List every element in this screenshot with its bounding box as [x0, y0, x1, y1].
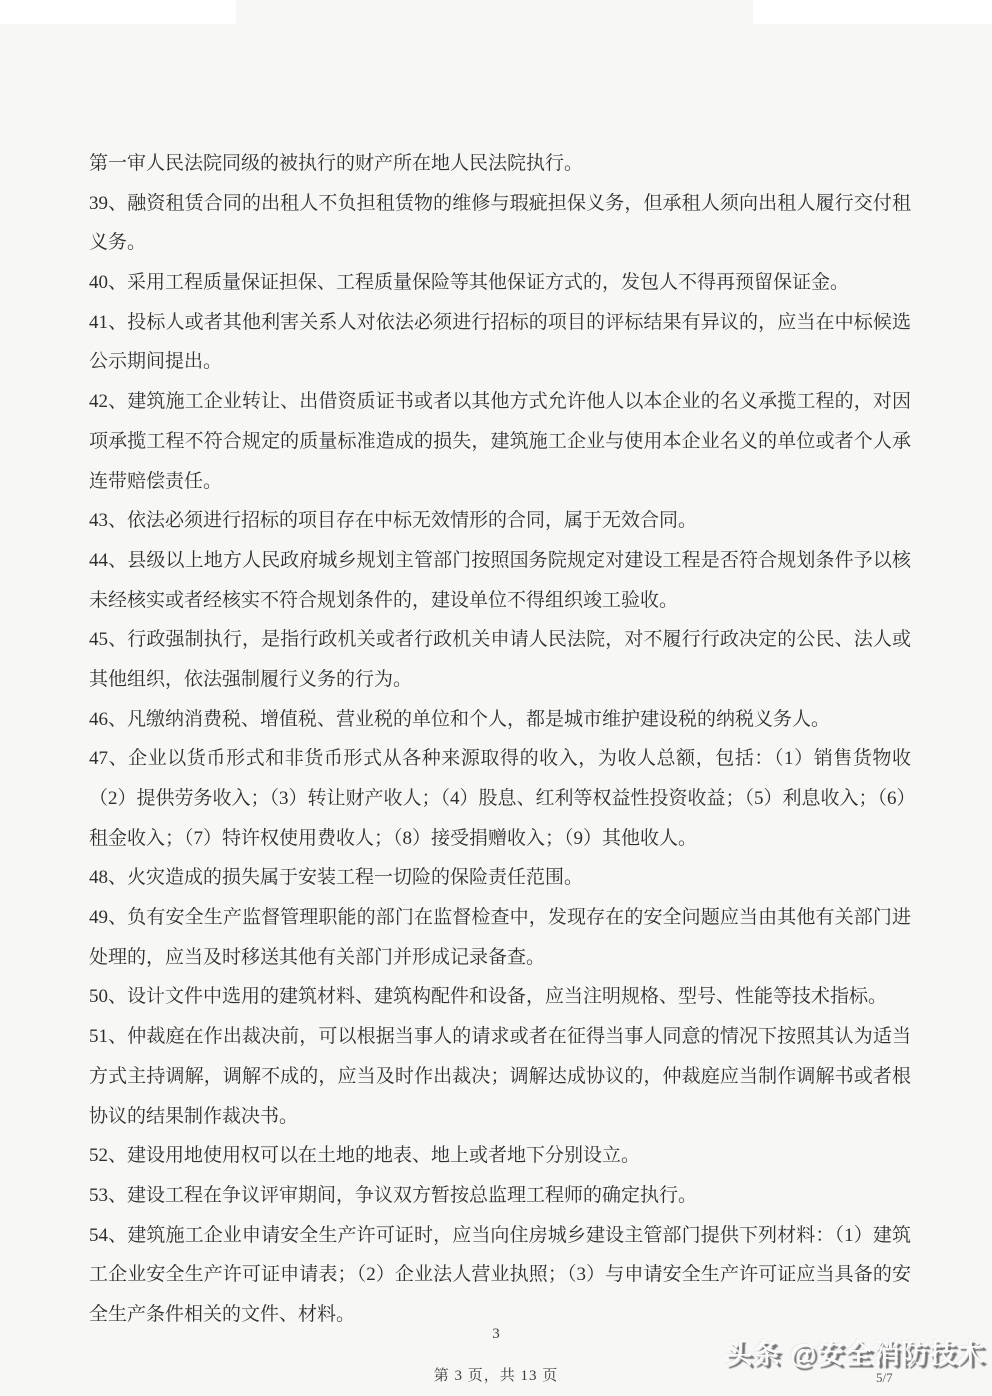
text-line: 项承揽工程不符合规定的质量标准造成的损失，建筑施工企业与使用本企业名义的单位或者… [89, 422, 911, 462]
text-line: 协议的结果制作裁决书。 [89, 1097, 911, 1137]
text-line: 42、建筑施工企业转让、出借资质证书或者以其他方式允许他人以本企业的名义承揽工程… [89, 382, 911, 422]
previous-page-edge-left [0, 0, 236, 24]
text-line: 义务。 [89, 223, 911, 263]
text-line: 租金收入；（7）特许权使用费收人；（8）接受捐赠收入；（9）其他收人。 [89, 819, 911, 859]
text-line: 53、建设工程在争议评审期间，争议双方暂按总监理工程师的确定执行。 [89, 1176, 911, 1216]
document-text: 第一审人民法院同级的被执行的财产所在地人民法院执行。39、融资租赁合同的出租人不… [89, 144, 911, 1335]
text-line: 47、企业以货币形式和非货币形式从各种来源取得的收入，为收人总额，包括：（1）销… [89, 739, 911, 779]
text-line: 处理的，应当及时移送其他有关部门并形成记录备查。 [89, 938, 911, 978]
text-line: 40、采用工程质量保证担保、工程质量保险等其他保证方式的，发包人不得再预留保证金… [89, 263, 911, 303]
text-line: 连带赔偿责任。 [89, 462, 911, 502]
text-line: 46、凡缴纳消费税、增值税、营业税的单位和个人，都是城市维护建设税的纳税义务人。 [89, 700, 911, 740]
previous-page-edge-right [753, 0, 992, 24]
text-line: 49、负有安全生产监督管理职能的部门在监督检查中，发现存在的安全问题应当由其他有… [89, 898, 911, 938]
text-line: 公示期间提出。 [89, 342, 911, 382]
text-line: 44、县级以上地方人民政府城乡规划主管部门按照国务院规定对建设工程是否符合规划条… [89, 541, 911, 581]
text-line: 39、融资租赁合同的出租人不负担租赁物的维修与瑕疵担保义务，但承租人须向出租人履… [89, 184, 911, 224]
text-line: 48、火灾造成的损失属于安装工程一切险的保险责任范围。 [89, 858, 911, 898]
text-line: 54、建筑施工企业申请安全生产许可证时，应当向住房城乡建设主管部门提供下列材料：… [89, 1216, 911, 1256]
text-line: 50、设计文件中选用的建筑材料、建筑构配件和设备，应当注明规格、型号、性能等技术… [89, 977, 911, 1017]
text-line: 第一审人民法院同级的被执行的财产所在地人民法院执行。 [89, 144, 911, 184]
text-line: 51、仲裁庭在作出裁决前，可以根据当事人的请求或者在征得当事人同意的情况下按照其… [89, 1017, 911, 1057]
page-indicator: 5/7 [876, 1370, 893, 1386]
document-page: { "colors": { "page_background": "#f7f7f… [0, 0, 992, 1396]
text-line: 其他组织，依法强制履行义务的行为。 [89, 660, 911, 700]
text-line: 工企业安全生产许可证申请表；（2）企业法人营业执照；（3）与申请安全生产许可证应… [89, 1255, 911, 1295]
watermark: 头条 @安全消防技术 [725, 1339, 985, 1369]
text-line: 未经核实或者经核实不符合规划条件的，建设单位不得组织竣工验收。 [89, 581, 911, 621]
text-line: 45、行政强制执行，是指行政机关或者行政机关申请人民法院，对不履行行政决定的公民… [89, 620, 911, 660]
text-line: （2）提供劳务收入；（3）转让财产收人；（4）股息、红利等权益性投资收益；（5）… [89, 779, 911, 819]
text-line: 43、依法必须进行招标的项目存在中标无效情形的合同，属于无效合同。 [89, 501, 911, 541]
text-line: 方式主持调解，调解不成的，应当及时作出裁决；调解达成协议的，仲裁庭应当制作调解书… [89, 1057, 911, 1097]
text-line: 41、投标人或者其他利害关系人对依法必须进行招标的项目的评标结果有异议的，应当在… [89, 303, 911, 343]
text-line: 52、建设用地使用权可以在土地的地表、地上或者地下分别设立。 [89, 1136, 911, 1176]
